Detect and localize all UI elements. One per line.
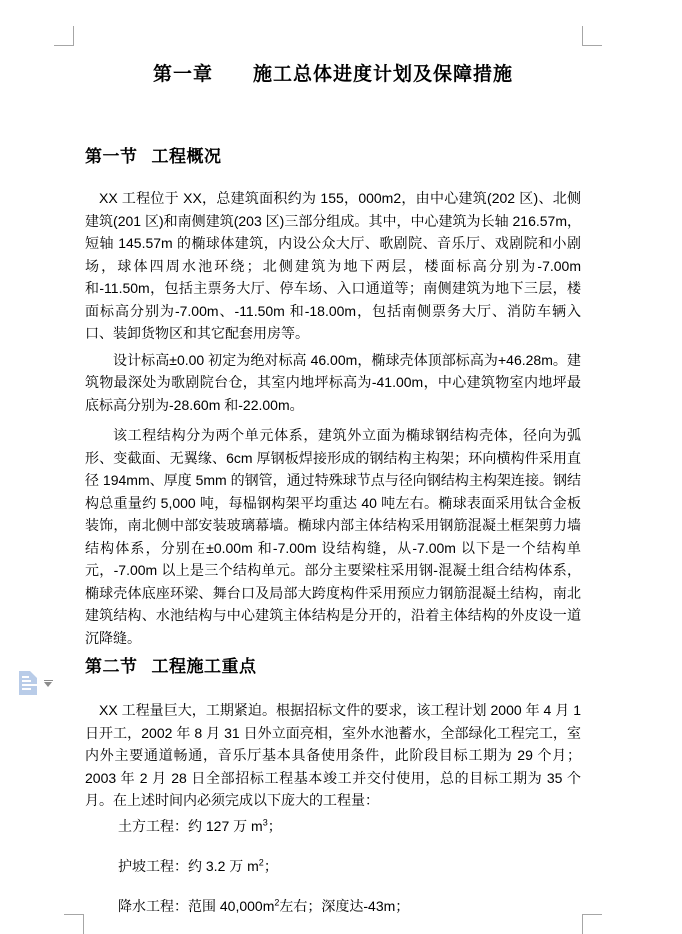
document-content[interactable]: 第一章施工总体进度计划及保障措施 第一节工程概况 XX 工程位于 XX，总建筑面… xyxy=(85,46,581,917)
section-2-heading: 第二节工程施工重点 xyxy=(85,656,581,678)
quantity-item-dewatering: 降水工程：范围 40,000m2左右；深度达-43m； xyxy=(85,895,581,918)
paragraph-project-overview: XX 工程位于 XX，总建筑面积约为 155，000m2，由中心建筑(202 区… xyxy=(85,187,581,345)
paragraph-schedule-targets: XX 工程量巨大，工期紧迫。根据招标文件的要求，该工程计划 2000 年 4 月… xyxy=(85,699,581,812)
paste-options-button[interactable] xyxy=(19,671,53,695)
section-1-heading: 第一节工程概况 xyxy=(85,146,581,168)
dropdown-arrow-icon[interactable] xyxy=(44,680,53,687)
paragraph-structure-system: 该工程结构分为两个单元体系，建筑外立面为椭球钢结构壳体，径向为弧形、变截面、无翼… xyxy=(85,424,581,649)
text-boundary-mark-bottom-left xyxy=(64,914,84,934)
chapter-title-text: 施工总体进度计划及保障措施 xyxy=(253,64,513,85)
paragraph-design-elevation: 设计标高±0.00 初定为绝对标高 46.00m，椭球壳体顶部标高为+46.28… xyxy=(85,349,581,417)
text-boundary-mark-bottom-right xyxy=(582,914,602,934)
section-1-number: 第一节 xyxy=(85,147,138,166)
paste-options-icon xyxy=(19,671,37,695)
chapter-label: 第一章 xyxy=(153,64,213,85)
chapter-title: 第一章施工总体进度计划及保障措施 xyxy=(85,63,581,87)
quantity-item-earthwork: 土方工程：约 127 万 m3； xyxy=(85,815,581,838)
document-page[interactable]: 第一章施工总体进度计划及保障措施 第一节工程概况 XX 工程位于 XX，总建筑面… xyxy=(0,0,682,934)
quantity-item-slope-protection: 护坡工程：约 3.2 万 m2； xyxy=(85,855,581,878)
text-boundary-mark-top-right xyxy=(582,26,602,46)
section-1-title: 工程概况 xyxy=(152,147,222,166)
section-2-number: 第二节 xyxy=(85,657,138,676)
page-fold-corner xyxy=(30,671,37,678)
section-2-title: 工程施工重点 xyxy=(152,657,257,676)
text-boundary-mark-top-left xyxy=(54,26,74,46)
